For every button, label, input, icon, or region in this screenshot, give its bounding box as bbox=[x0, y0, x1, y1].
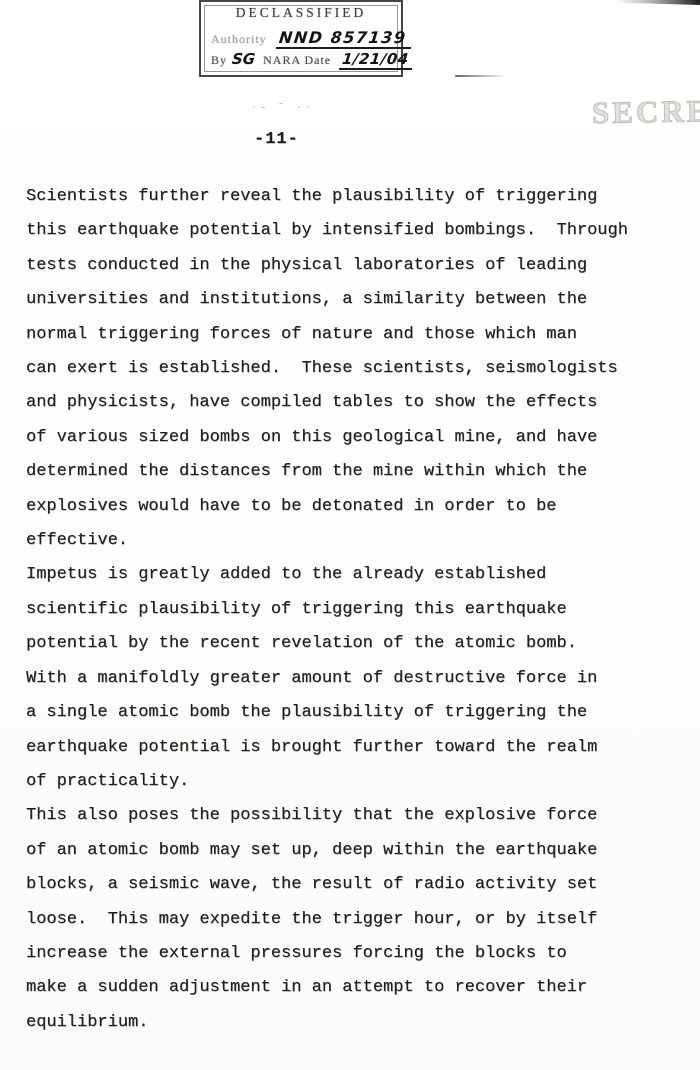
by-label: By bbox=[211, 53, 227, 67]
authority-number-handwriting: NND 857139 bbox=[276, 28, 414, 49]
text-line: of various sized bombs on this geologica… bbox=[26, 421, 676, 455]
text-line: Impetus is greatly added to the already … bbox=[26, 558, 676, 592]
text-line: effective. bbox=[26, 524, 676, 558]
document-page: DECLASSIFIED Authority NND 857139 By SG … bbox=[0, 0, 700, 1070]
scan-artifact-corner-streak bbox=[616, 0, 700, 5]
secret-stamp-watermark: SECRET bbox=[592, 93, 700, 131]
text-line: can exert is established. These scientis… bbox=[26, 352, 676, 386]
text-line: Scientists further reveal the plausibili… bbox=[26, 180, 676, 214]
text-line: This also poses the possibility that the… bbox=[26, 799, 676, 833]
pencil-mark bbox=[455, 75, 505, 77]
document-body: Scientists further reveal the plausibili… bbox=[26, 180, 676, 1040]
reviewer-initials-handwriting: SG bbox=[231, 50, 256, 68]
stamp-authority-row: Authority NND 857139 bbox=[211, 28, 397, 49]
text-line: loose. This may expedite the trigger hou… bbox=[26, 903, 676, 937]
authority-label: Authority bbox=[211, 32, 267, 46]
text-line: With a manifoldly greater amount of dest… bbox=[26, 662, 676, 696]
nara-date-label: NARA Date bbox=[263, 53, 331, 67]
text-line: increase the external pressures forcing … bbox=[26, 937, 676, 971]
stamp-byline-row: By SG NARA Date 1/21/04 bbox=[211, 50, 397, 70]
text-line: a single atomic bomb the plausibility of… bbox=[26, 696, 676, 730]
text-line: potential by the recent revelation of th… bbox=[26, 627, 676, 661]
text-line: determined the distances from the mine w… bbox=[26, 455, 676, 489]
text-line: earthquake potential is brought further … bbox=[26, 731, 676, 765]
text-line: explosives would have to be detonated in… bbox=[26, 490, 676, 524]
text-line: this earthquake potential by intensified… bbox=[26, 214, 676, 248]
text-line: tests conducted in the physical laborato… bbox=[26, 249, 676, 283]
text-line: universities and institutions, a similar… bbox=[26, 283, 676, 317]
text-line: normal triggering forces of nature and t… bbox=[26, 318, 676, 352]
text-line: make a sudden adjustment in an attempt t… bbox=[26, 971, 676, 1005]
ink-smudge: ·– ˜ ·· bbox=[251, 103, 314, 114]
text-line: blocks, a seismic wave, the result of ra… bbox=[26, 868, 676, 902]
declassified-stamp: DECLASSIFIED Authority NND 857139 By SG … bbox=[199, 0, 403, 77]
text-line: scientific plausibility of triggering th… bbox=[26, 593, 676, 627]
page-number: -11- bbox=[254, 130, 299, 149]
text-line: equilibrium. bbox=[26, 1006, 676, 1040]
text-line: of practicality. bbox=[26, 765, 676, 799]
text-line: of an atomic bomb may set up, deep withi… bbox=[26, 834, 676, 868]
declassified-stamp-title: DECLASSIFIED bbox=[201, 5, 401, 21]
text-line: and physicists, have compiled tables to … bbox=[26, 386, 676, 420]
date-handwriting: 1/21/04 bbox=[339, 50, 414, 70]
